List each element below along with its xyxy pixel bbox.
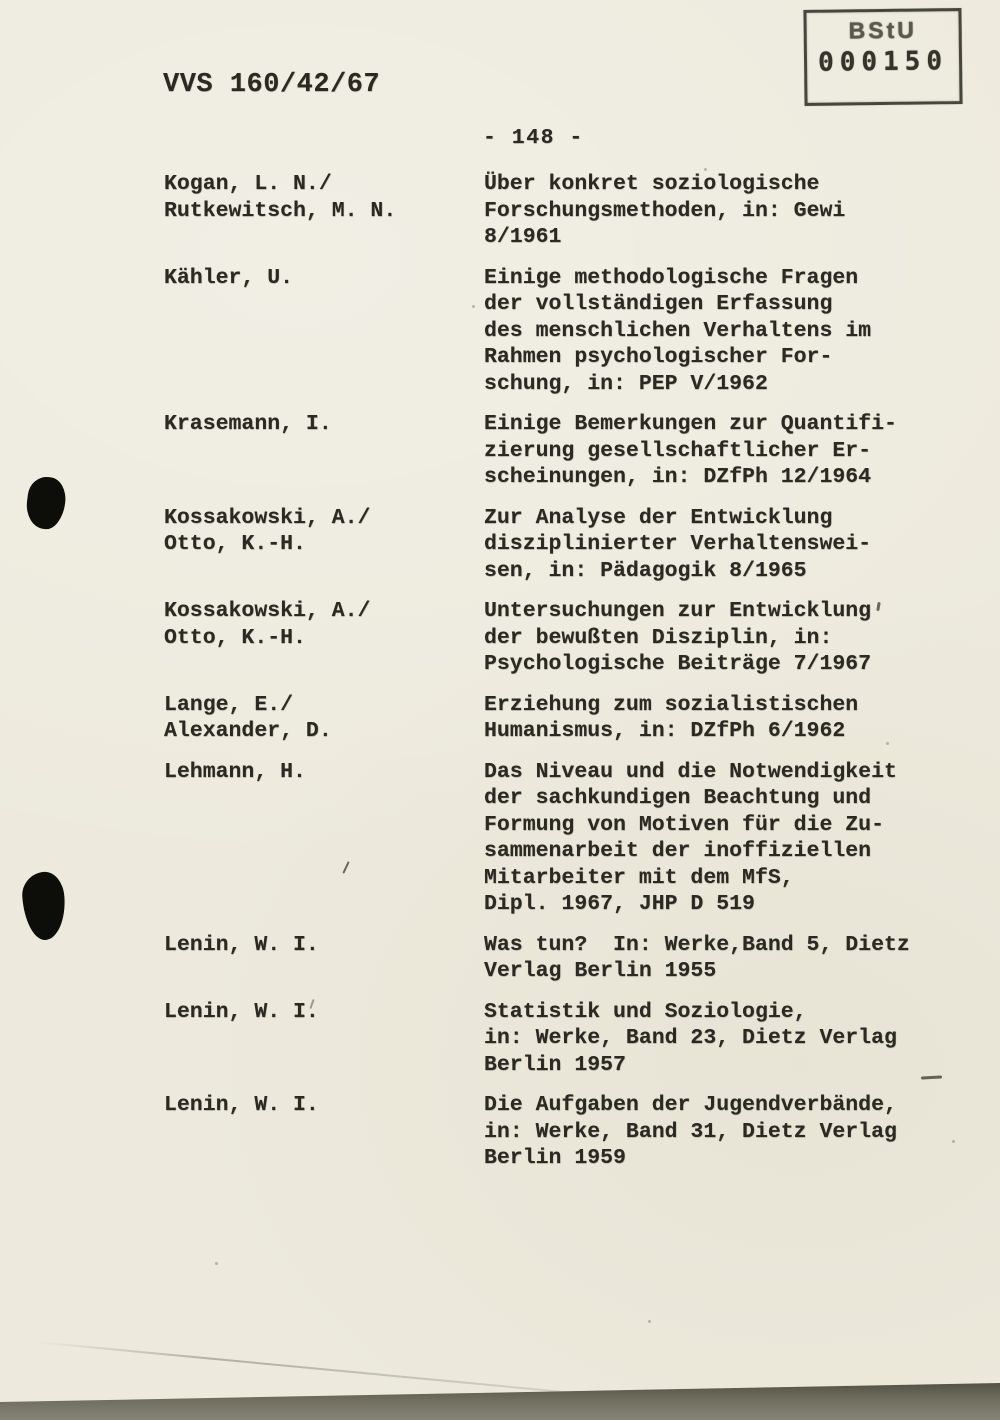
bibliography-entry: Krasemann, I. Einige Bemerkungen zur Qua… <box>164 411 964 491</box>
entry-work: Erziehung zum sozialistischen Humanismus… <box>484 692 964 745</box>
entry-authors: Kossakowski, A./ Otto, K.-H. <box>164 598 484 678</box>
bibliography-entry: Kogan, L. N./ Rutkewitsch, M. N. Über ko… <box>164 171 964 251</box>
scan-speck <box>648 1320 651 1323</box>
bibliography-entry: Lenin, W. I. Die Aufgaben der Jugendverb… <box>164 1092 964 1172</box>
bibliography-entry: Lehmann, H. Das Niveau und die Notwendig… <box>164 759 964 918</box>
bibliography-entry: Kossakowski, A./ Otto, K.-H. Untersuchun… <box>164 598 964 678</box>
bstu-archive-stamp: BStU 000150 <box>803 8 962 106</box>
entry-work: Über konkret soziologische Forschungsmet… <box>484 171 964 251</box>
entry-work: Die Aufgaben der Jugendverbände, in: Wer… <box>484 1092 964 1172</box>
stamp-serial-number: 000150 <box>807 46 959 78</box>
entry-work: Das Niveau und die Notwendigkeit der sac… <box>484 759 964 918</box>
page-number: - 148 - <box>483 126 584 150</box>
bibliography-entry: Lenin, W. I. Was tun? In: Werke,Band 5, … <box>164 932 964 985</box>
entry-authors: Lenin, W. I. <box>164 1092 484 1172</box>
bibliography-list: Kogan, L. N./ Rutkewitsch, M. N. Über ko… <box>164 171 964 1186</box>
entry-work: Einige Bemerkungen zur Quantifi- zierung… <box>484 411 964 491</box>
entry-authors: Lenin, W. I. <box>164 999 484 1079</box>
stamp-organization-label: BStU <box>807 16 959 45</box>
bibliography-entry: Lange, E./ Alexander, D. Erziehung zum s… <box>164 692 964 745</box>
bibliography-entry: Lenin, W. I. Statistik und Soziologie, i… <box>164 999 964 1079</box>
scan-speck <box>704 168 707 171</box>
entry-authors: Lange, E./ Alexander, D. <box>164 692 484 745</box>
bibliography-entry: Kähler, U. Einige methodologische Fragen… <box>164 265 964 398</box>
entry-authors: Kogan, L. N./ Rutkewitsch, M. N. <box>164 171 484 251</box>
classification-number: VVS 160/42/67 <box>163 70 380 100</box>
entry-work: Statistik und Soziologie, in: Werke, Ban… <box>484 999 964 1079</box>
entry-authors: Lehmann, H. <box>164 759 484 918</box>
scan-speck <box>215 1262 218 1265</box>
entry-work: Zur Analyse der Entwicklung disziplinier… <box>484 505 964 585</box>
entry-authors: Krasemann, I. <box>164 411 484 491</box>
entry-authors: Kossakowski, A./ Otto, K.-H. <box>164 505 484 585</box>
entry-work: Was tun? In: Werke,Band 5, Dietz Verlag … <box>484 932 964 985</box>
ink-blot-mark <box>21 871 68 942</box>
bibliography-entry: Kossakowski, A./ Otto, K.-H. Zur Analyse… <box>164 505 964 585</box>
underlying-sheet-edge <box>35 1341 623 1399</box>
entry-authors: Lenin, W. I. <box>164 932 484 985</box>
entry-work: Untersuchungen zur Entwicklung der bewuß… <box>484 598 964 678</box>
entry-work: Einige methodologische Fragen der vollst… <box>484 265 964 398</box>
scan-speck <box>952 1140 955 1143</box>
entry-authors: Kähler, U. <box>164 265 484 398</box>
ink-blot-mark <box>24 475 68 531</box>
scan-speck <box>886 742 889 745</box>
document-page: VVS 160/42/67 BStU 000150 - 148 - Kogan,… <box>0 0 1000 1420</box>
scan-speck <box>472 305 475 308</box>
